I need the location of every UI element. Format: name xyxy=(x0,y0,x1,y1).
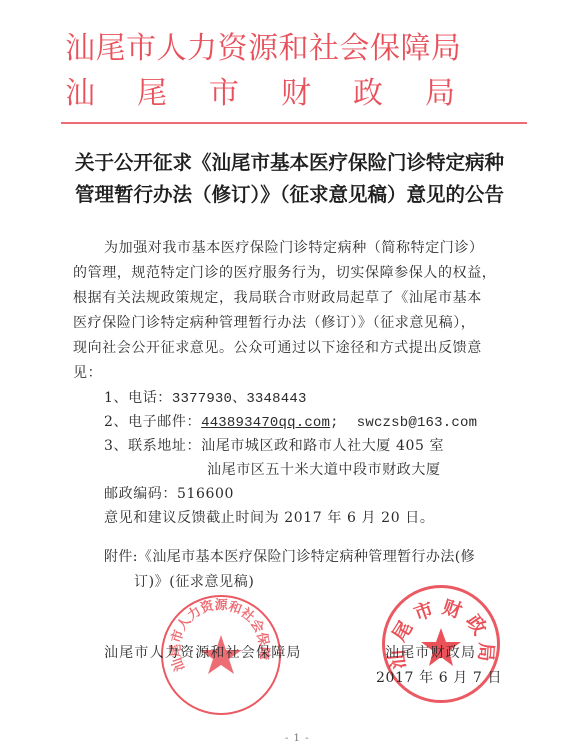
notice-title-line-2: 管理暂行办法（修订）》（征求意见稿）意见的公告 xyxy=(75,182,504,208)
address-label: 3、联系地址： xyxy=(104,438,201,454)
body-paragraph-line: 根据有关法规政策规定，我局联合市财政局起草了《汕尾市基本 xyxy=(73,286,482,311)
address-finance: 汕尾市区五十米大道中段市财政大厦 xyxy=(207,458,441,483)
letterhead-char: 局 xyxy=(425,77,455,111)
signature-finance-bureau: 汕尾市财政局 xyxy=(385,641,476,666)
letterhead-char: 尾 xyxy=(137,77,167,111)
email-label: 2、电子邮件： xyxy=(104,414,201,430)
contact-email: 2、电子邮件：443893470qq.com;swczsb@163.com xyxy=(104,410,477,436)
signature-hrss-bureau: 汕尾市人力资源和社会保障局 xyxy=(104,641,302,666)
body-paragraph-line: 见： xyxy=(73,361,102,386)
feedback-deadline: 意见和建议反馈截止时间为 2017 年 6 月 20 日。 xyxy=(104,506,434,531)
contact-phone: 1、电话：3377930、3348443 xyxy=(104,386,307,412)
attachment-line-1: 附件:《汕尾市基本医疗保险门诊特定病种管理暂行办法(修 xyxy=(104,545,475,570)
letterhead-divider xyxy=(61,122,527,124)
letterhead-char: 政 xyxy=(353,77,383,111)
letterhead-char: 汕 xyxy=(65,77,95,111)
letterhead-finance-bureau: 汕 尾 市 财 政 局 xyxy=(65,77,455,111)
letterhead-hrss-bureau: 汕尾市人力资源和社会保障局 xyxy=(65,32,462,66)
phone-value: 3377930、3348443 xyxy=(172,391,307,407)
letterhead-char: 市 xyxy=(209,77,239,111)
body-paragraph-line: 的管理，规范特定门诊的医疗服务行为，切实保障参保人的权益， xyxy=(73,261,496,286)
email-163: swczsb@163.com xyxy=(357,415,477,431)
notice-title-line-1: 关于公开征求《汕尾市基本医疗保险门诊特定病种 xyxy=(75,150,504,176)
signature-date: 2017 年 6 月 7 日 xyxy=(376,666,502,691)
letterhead-char: 财 xyxy=(281,77,311,111)
body-paragraph-line: 现向社会公开征求意见。公众可通过以下途径和方式提出反馈意 xyxy=(73,336,482,361)
postcode: 邮政编码：516600 xyxy=(104,482,234,507)
body-paragraph-line: 为加强对我市基本医疗保险门诊特定病种（简称特定门诊） xyxy=(104,236,484,261)
address-hrss: 汕尾市城区政和路市人社大厦 405 室 xyxy=(201,438,444,454)
body-paragraph-line: 医疗保险门诊特定病种管理暂行办法（修订）》（征求意见稿）， xyxy=(73,311,475,336)
email-link-qq[interactable]: 443893470qq.com xyxy=(201,415,330,431)
email-separator: ; xyxy=(330,415,339,431)
phone-label: 1、电话： xyxy=(104,390,172,406)
contact-address: 3、联系地址：汕尾市城区政和路市人社大厦 405 室 xyxy=(104,434,444,459)
page-number: - 1 - xyxy=(285,733,309,744)
attachment-line-2: 订)》(征求意见稿) xyxy=(134,570,254,595)
